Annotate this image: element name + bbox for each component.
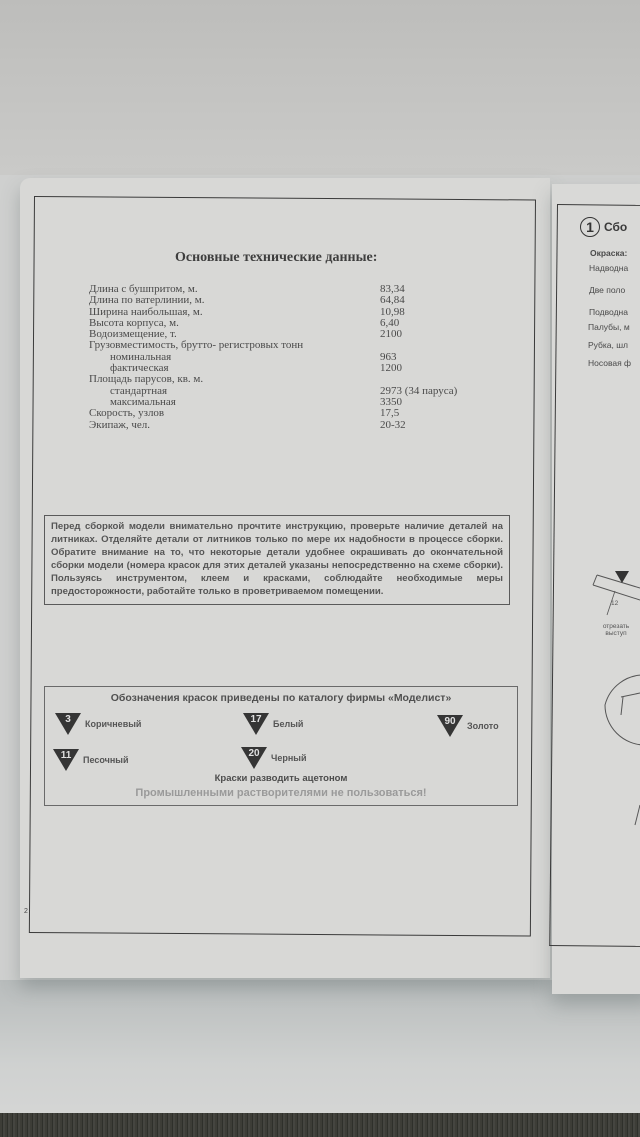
paint-triangle-icon: 3 [55,713,81,735]
specs-title: Основные технические данные: [175,250,377,266]
paint-triangle-icon: 11 [53,749,79,771]
dilute-note: Краски разводить ацетоном [45,773,517,784]
paint-line: Надводна [589,263,628,273]
paint-item: 90 Золото [437,715,499,737]
solvent-warning: Промышленными растворителями не пользова… [45,787,517,799]
page-number: 2 [24,908,28,915]
paint-item: 11 Песочный [53,749,129,771]
paint-heading: Окраска: [590,248,627,258]
assembly-notice: Перед сборкой модели внимательно прочтит… [44,515,510,605]
paint-name: Белый [273,719,303,729]
step-title: Сбо [604,220,627,234]
paint-triangle-icon: 90 [437,715,463,737]
paint-triangle-icon [615,571,629,583]
paint-item: 17 Белый [243,713,303,735]
paint-line: Носовая ф [588,358,631,368]
paint-name: Коричневый [85,719,141,729]
paint-triangle-icon: 20 [241,747,267,769]
table-surface [0,980,640,1120]
paint-line: Подводна [589,307,628,317]
spec-label: Скорость, узлов [89,408,164,419]
spec-value: 2100 [380,329,402,340]
step-number: 1 [580,217,600,237]
notice-text: Перед сборкой модели внимательно прочтит… [51,520,503,598]
spec-label: Длина по ватерлинии, м. [89,295,204,306]
paint-item: 20 Черный [241,747,306,769]
cut-callout: отрезать выступ [598,623,634,637]
carpet [0,1113,640,1137]
background-top [0,0,640,175]
paint-line: Палубы, м [588,322,630,332]
paint-triangle-icon: 17 [243,713,269,735]
spec-value: 17,5 [380,408,399,419]
paint-line: Две поло [589,285,625,295]
spec-value: 1200 [380,363,402,374]
paint-line: Рубка, шл [588,340,628,350]
paint-name: Черный [271,753,306,763]
assembly-diagram [585,555,640,835]
paint-name: Песочный [83,755,129,765]
spec-label: Экипаж, чел. [89,420,150,431]
part-number: 12 [611,600,618,607]
spec-value: 64,84 [380,295,405,306]
paint-name: Золото [467,721,499,731]
step-header: 1 Сбо [580,217,627,237]
paint-item: 3 Коричневый [55,713,141,735]
spec-label: Площадь парусов, кв. м. [89,374,203,385]
paint-legend: Обозначения красок приведены по каталогу… [44,686,518,806]
paint-legend-title: Обозначения красок приведены по каталогу… [45,692,517,704]
spec-value: 20-32 [380,420,406,431]
